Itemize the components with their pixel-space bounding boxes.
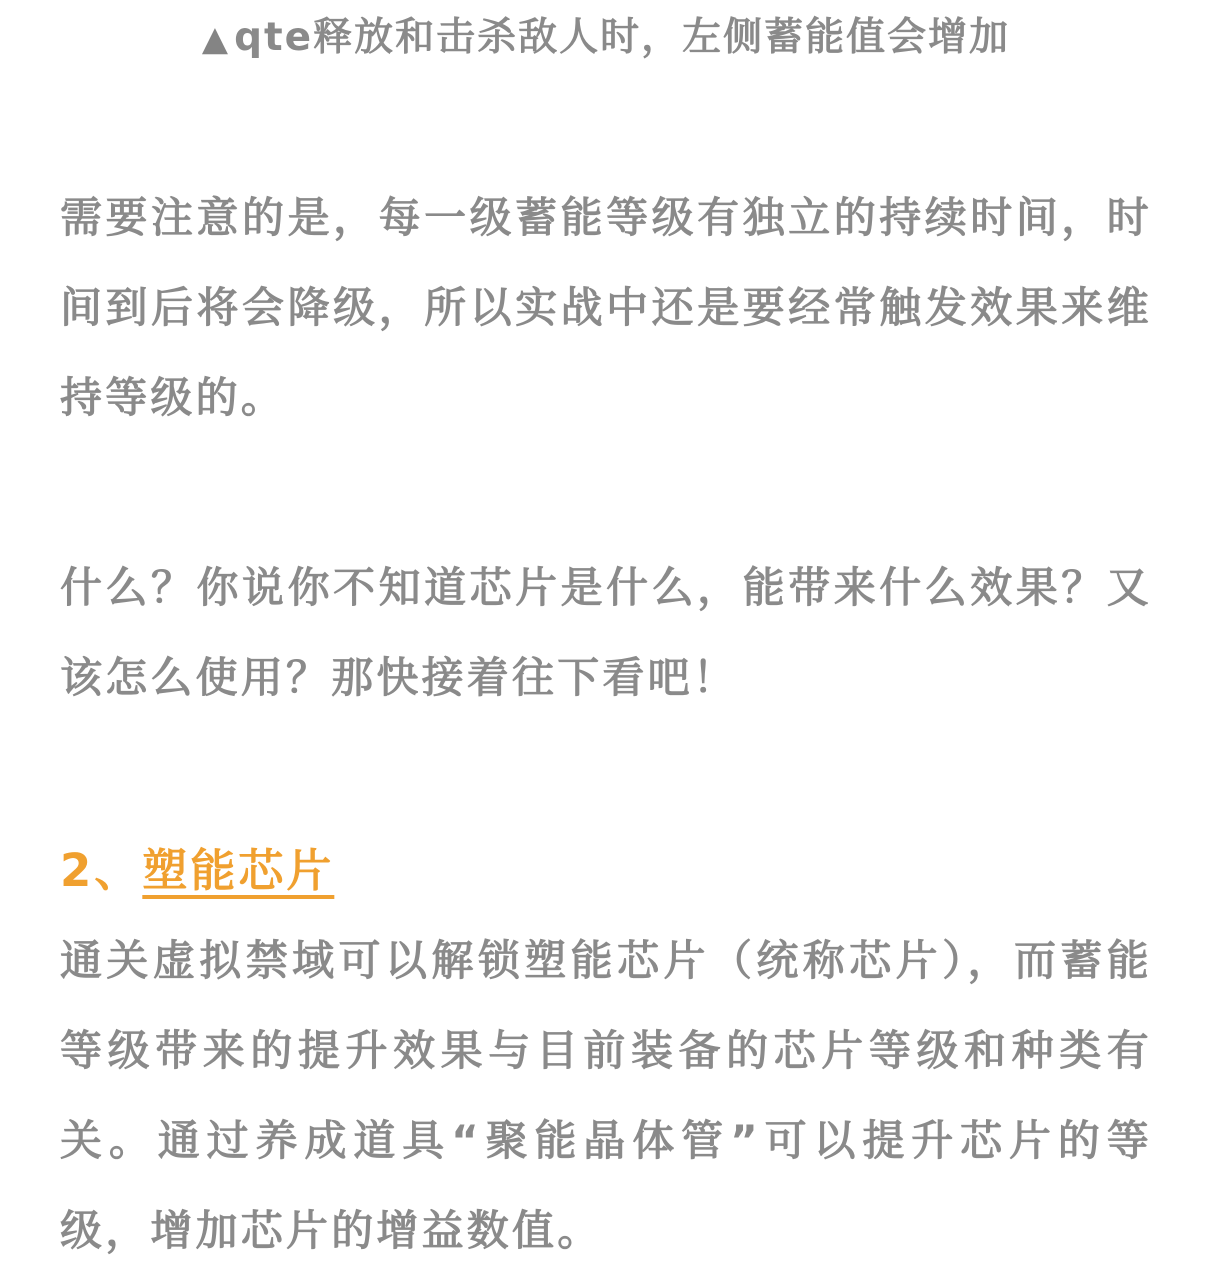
section-title-link[interactable]: 塑能芯片 [142, 844, 334, 897]
paragraph-chip-question: 什么？你说你不知道芯片是什么，能带来什么效果？又该怎么使用？那快接着往下看吧！ [60, 543, 1152, 723]
article-page: ▲qte释放和击杀敌人时，左侧蓄能值会增加 需要注意的是，每一级蓄能等级有独立的… [0, 0, 1212, 1275]
section-number: 2、 [60, 844, 142, 897]
article-body: 需要注意的是，每一级蓄能等级有独立的持续时间，时间到后将会降级，所以实战中还是要… [60, 173, 1152, 1275]
caption-triangle-icon: ▲ [202, 19, 230, 59]
image-caption: ▲qte释放和击杀敌人时，左侧蓄能值会增加 [0, 0, 1212, 67]
paragraph-chip-intro: 通关虚拟禁域可以解锁塑能芯片（统称芯片），而蓄能等级带来的提升效果与目前装备的芯… [60, 916, 1152, 1275]
section-heading: 2、塑能芯片 [60, 826, 1152, 916]
paragraph-duration-note: 需要注意的是，每一级蓄能等级有独立的持续时间，时间到后将会降级，所以实战中还是要… [60, 173, 1152, 443]
caption-text: qte释放和击杀敌人时，左侧蓄能值会增加 [234, 15, 1010, 60]
